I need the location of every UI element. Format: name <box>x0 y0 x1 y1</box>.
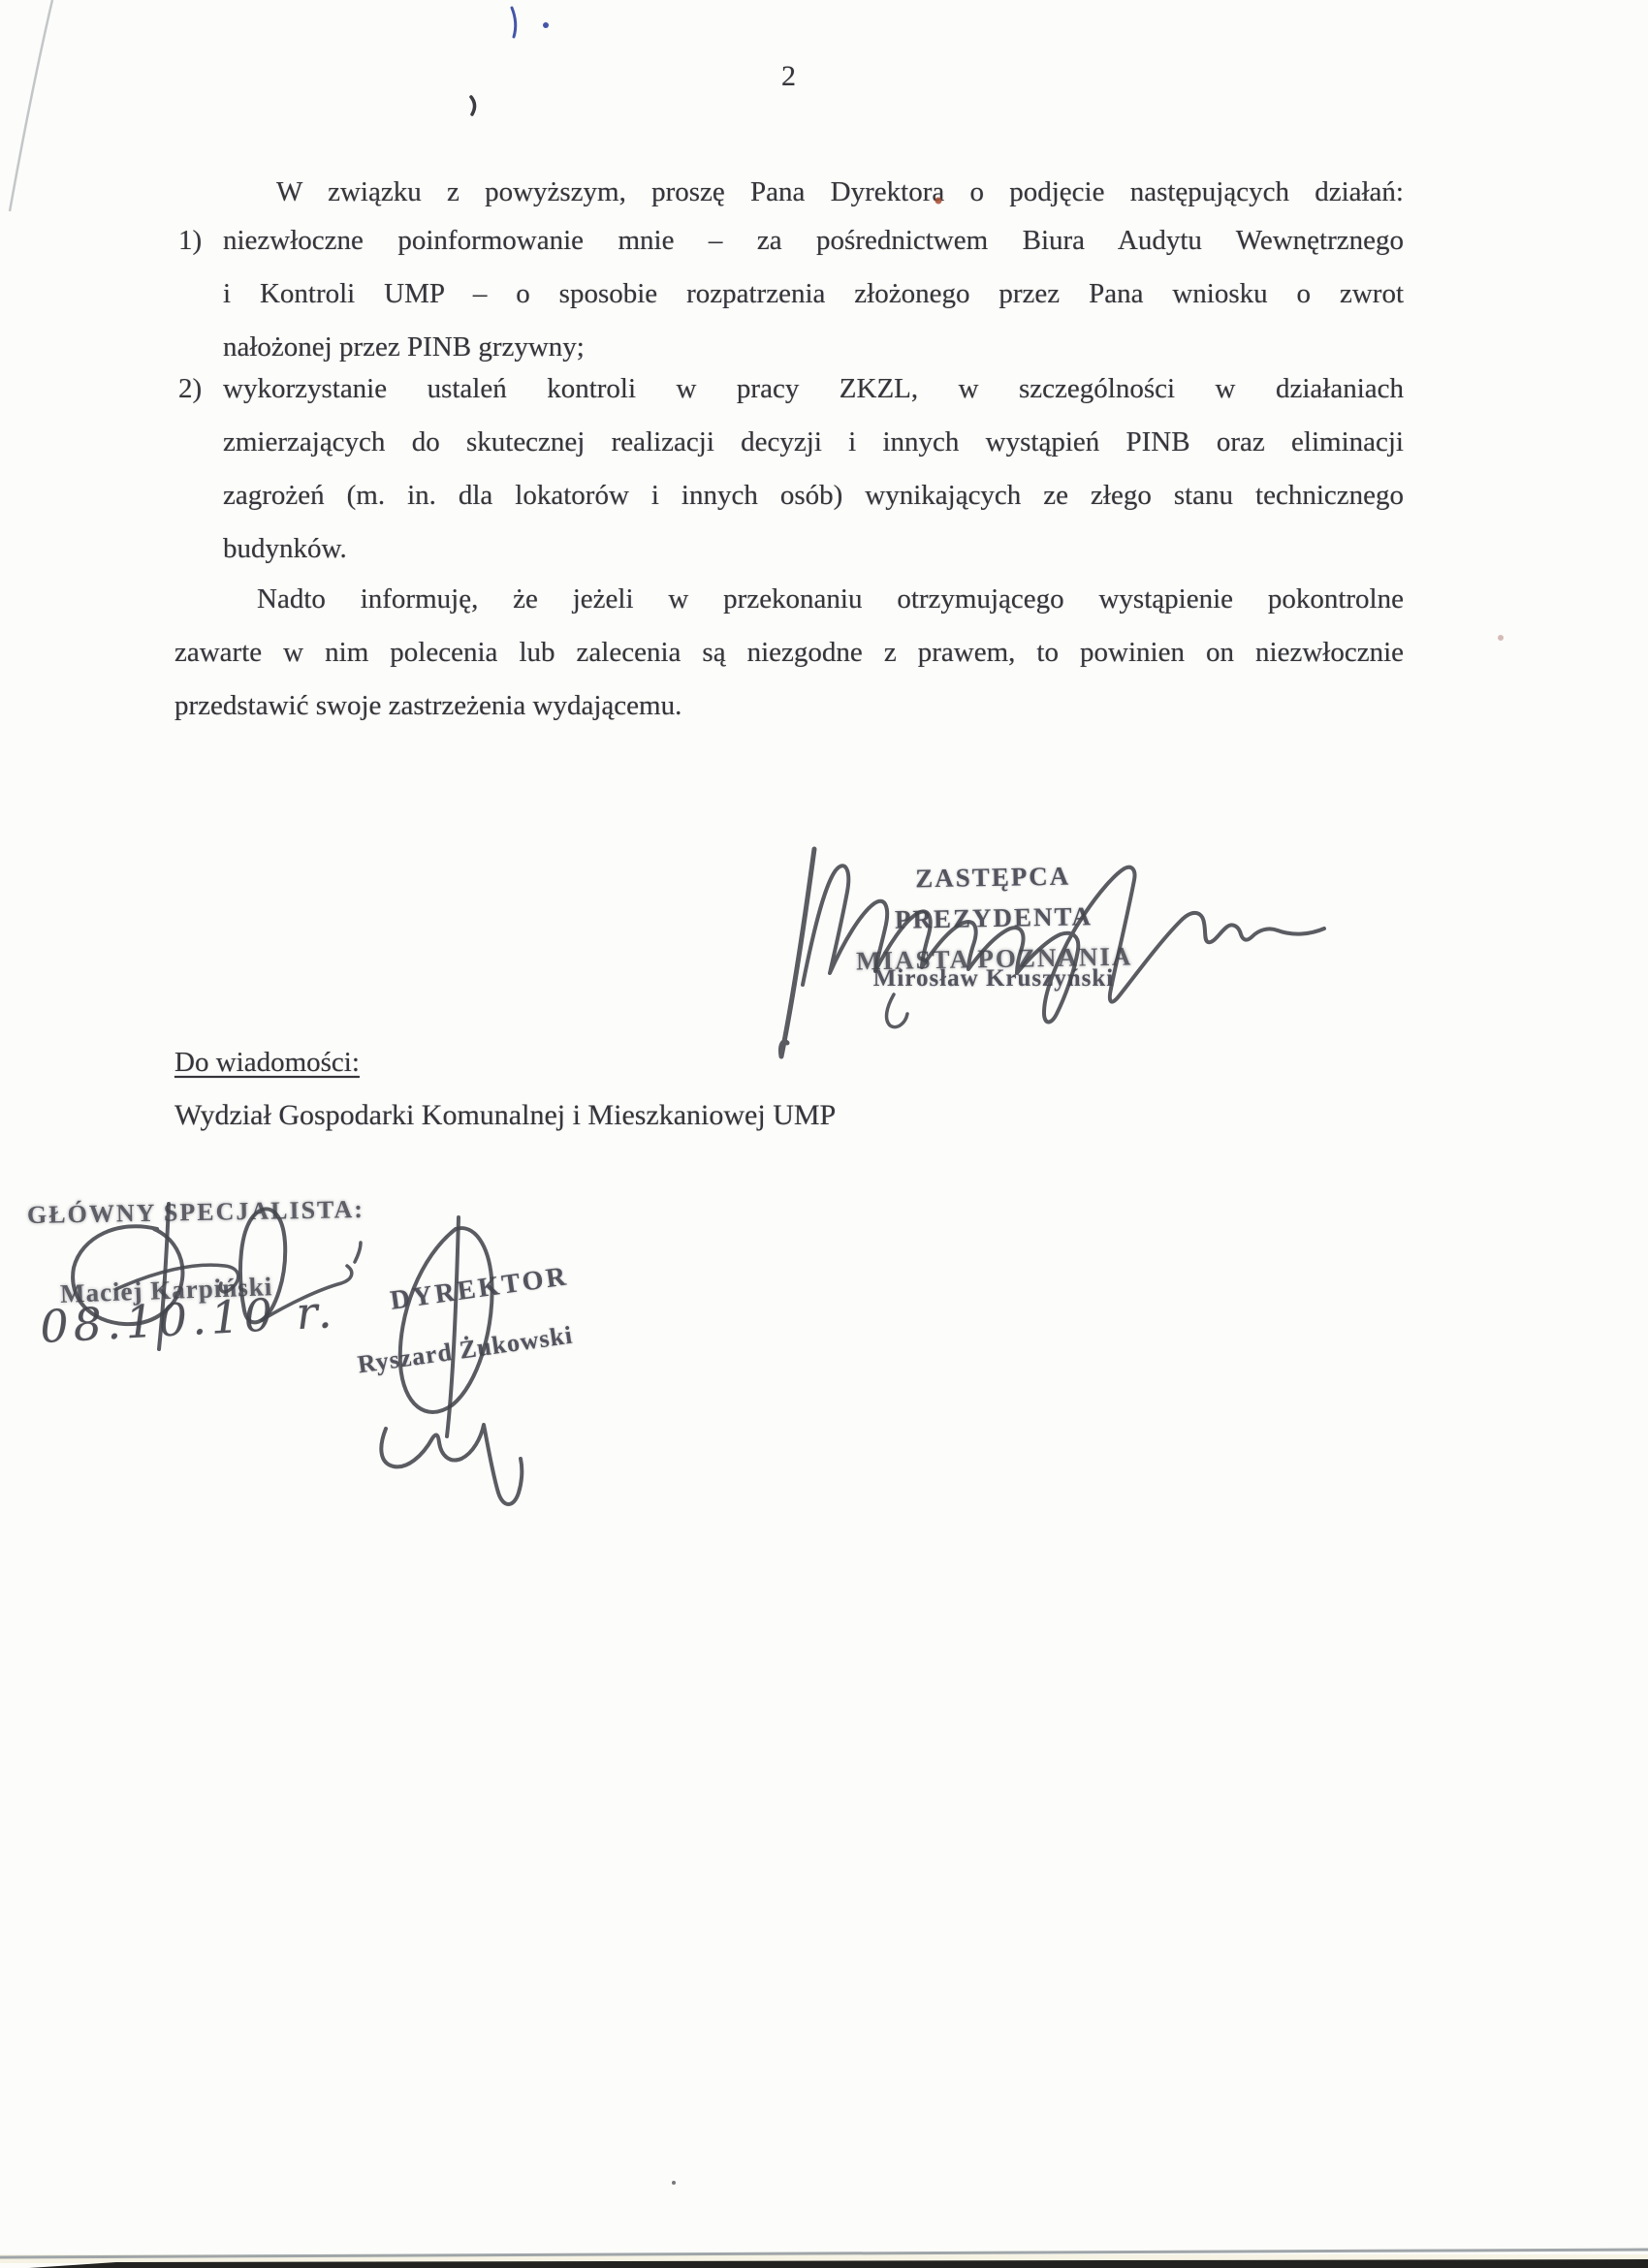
signature-karpinski <box>73 1204 361 1349</box>
signature-kruszynski <box>780 849 1324 1056</box>
red-speck <box>935 198 942 205</box>
overlay-layer <box>0 0 1648 2268</box>
dark-speck <box>672 2181 676 2185</box>
document-page: 2 W związku z powyższym, proszę Pana Dyr… <box>0 0 1648 2268</box>
scan-artifacts <box>0 0 1648 2268</box>
blue-pen-dot <box>543 22 549 28</box>
faint-speck <box>1498 635 1504 641</box>
stray-comma-mark <box>471 97 475 114</box>
blue-pen-mark <box>512 8 516 37</box>
signature-zukowski <box>381 1217 522 1504</box>
scan-crease-line <box>10 0 52 211</box>
